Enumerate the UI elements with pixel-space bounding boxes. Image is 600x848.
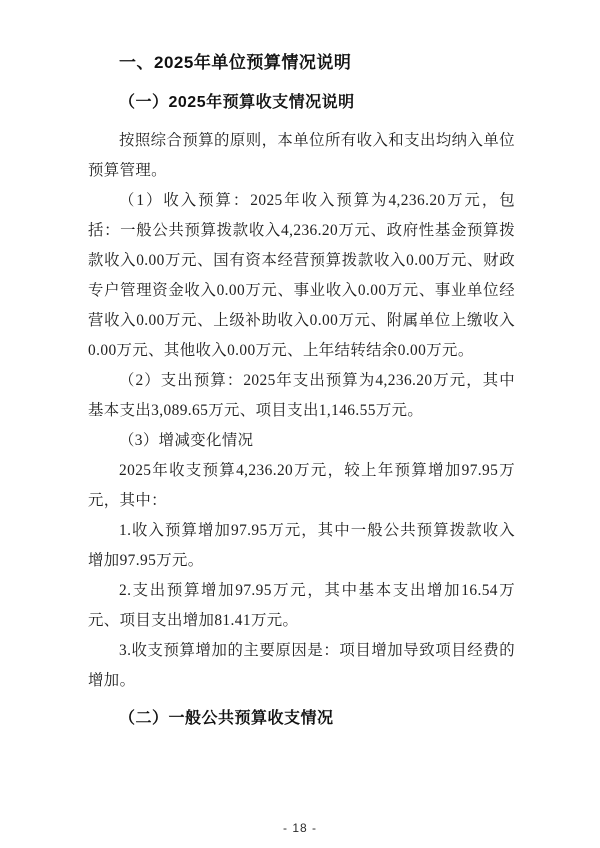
- page-number: - 18 -: [0, 821, 600, 835]
- body-paragraph-income-increase: 1.收入预算增加97.95万元，其中一般公共预算拨款收入增加97.95万元。: [88, 516, 515, 576]
- body-paragraph-change-total: 2025年收支预算4,236.20万元，较上年预算增加97.95万元，其中：: [88, 456, 515, 516]
- body-paragraph-expense-increase: 2.支出预算增加97.95万元，其中基本支出增加16.54万元、项目支出增加81…: [88, 576, 515, 636]
- body-paragraph-change-heading: （3）增减变化情况: [88, 426, 515, 456]
- document-content: 一、2025年单位预算情况说明 （一）2025年预算收支情况说明 按照综合预算的…: [88, 48, 515, 742]
- body-paragraph-overview: 按照综合预算的原则，本单位所有收入和支出均纳入单位预算管理。: [88, 126, 515, 186]
- section-1-heading: （一）2025年预算收支情况说明: [88, 88, 515, 118]
- body-paragraph-income-budget: （1）收入预算：2025年收入预算为4,236.20万元，包括：一般公共预算拨款…: [88, 186, 515, 366]
- body-paragraph-increase-reason: 3.收支预算增加的主要原因是：项目增加导致项目经费的增加。: [88, 636, 515, 696]
- section-2-heading: （二）一般公共预算收支情况: [88, 704, 515, 734]
- body-paragraph-expense-budget: （2）支出预算：2025年支出预算为4,236.20万元，其中基本支出3,089…: [88, 366, 515, 426]
- document-title: 一、2025年单位预算情况说明: [88, 48, 515, 78]
- document-page: 一、2025年单位预算情况说明 （一）2025年预算收支情况说明 按照综合预算的…: [0, 0, 600, 848]
